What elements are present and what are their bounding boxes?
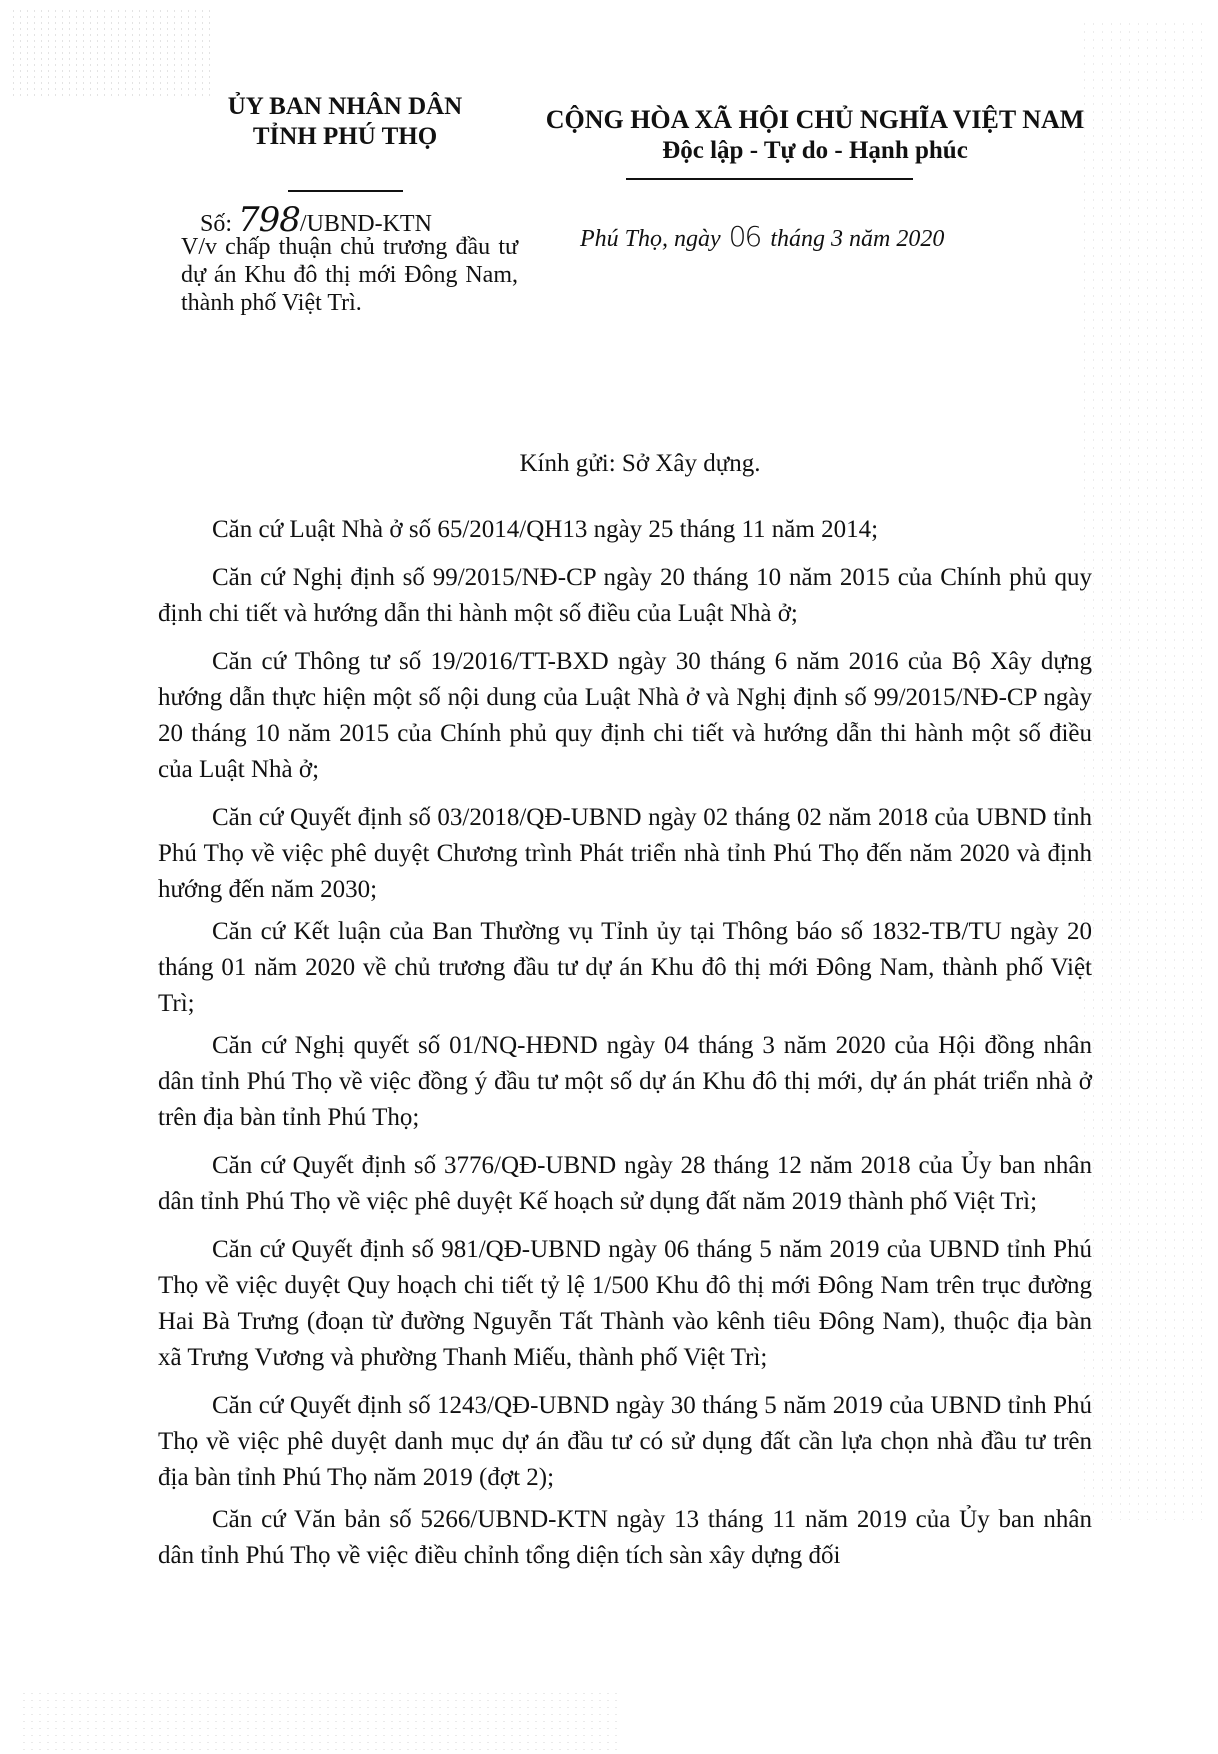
legal-basis-paragraph: Căn cứ Quyết định số 03/2018/QĐ-UBND ngà… [158,800,1092,908]
legal-basis-paragraph: Căn cứ Luật Nhà ở số 65/2014/QH13 ngày 2… [158,512,1092,548]
scan-noise [20,1690,620,1750]
motto: Độc lập - Tự do - Hạnh phúc [505,135,1125,166]
date-line: Phú Thọ, ngày06tháng 3 năm 2020 [580,220,1060,253]
legal-basis-paragraph: Căn cứ Văn bản số 5266/UBND-KTN ngày 13 … [158,1502,1092,1574]
date-place: Phú Thọ, ngày [580,226,721,252]
legal-basis-paragraph: Căn cứ Quyết định số 1243/QĐ-UBND ngày 3… [158,1388,1092,1496]
scan-noise [1080,20,1210,1520]
recipient: Kính gửi: Sở Xây dựng. [200,450,1080,478]
handwritten-day: 06 [729,220,761,253]
document-body: Căn cứ Luật Nhà ở số 65/2014/QH13 ngày 2… [158,512,1092,1580]
legal-basis-paragraph: Căn cứ Nghị quyết số 01/NQ-HĐND ngày 04 … [158,1028,1092,1136]
scan-noise [10,8,210,98]
legal-basis-paragraph: Căn cứ Thông tư số 19/2016/TT-BXD ngày 3… [158,644,1092,788]
subject-line: V/v chấp thuận chủ trương đầu tư dự án K… [181,233,518,317]
country-name: CỘNG HÒA XÃ HỘI CHỦ NGHĨA VIỆT NAM [505,104,1125,135]
authority-line-2: TỈNH PHÚ THỌ [180,122,510,152]
document-page: ỦY BAN NHÂN DÂN TỈNH PHÚ THỌ CỘNG HÒA XÃ… [0,0,1218,1754]
legal-basis-paragraph: Căn cứ Nghị định số 99/2015/NĐ-CP ngày 2… [158,560,1092,632]
legal-basis-paragraph: Căn cứ Quyết định số 981/QĐ-UBND ngày 06… [158,1232,1092,1376]
motto-underline [626,178,913,180]
authority-line-1: ỦY BAN NHÂN DÂN [180,92,510,122]
legal-basis-paragraph: Căn cứ Quyết định số 3776/QĐ-UBND ngày 2… [158,1148,1092,1220]
authority-underline [288,190,403,192]
date-rest: tháng 3 năm 2020 [770,226,944,252]
legal-basis-paragraph: Căn cứ Kết luận của Ban Thường vụ Tỉnh ủ… [158,914,1092,1022]
national-motto: CỘNG HÒA XÃ HỘI CHỦ NGHĨA VIỆT NAM Độc l… [505,104,1125,166]
issuing-authority: ỦY BAN NHÂN DÂN TỈNH PHÚ THỌ [180,92,510,152]
